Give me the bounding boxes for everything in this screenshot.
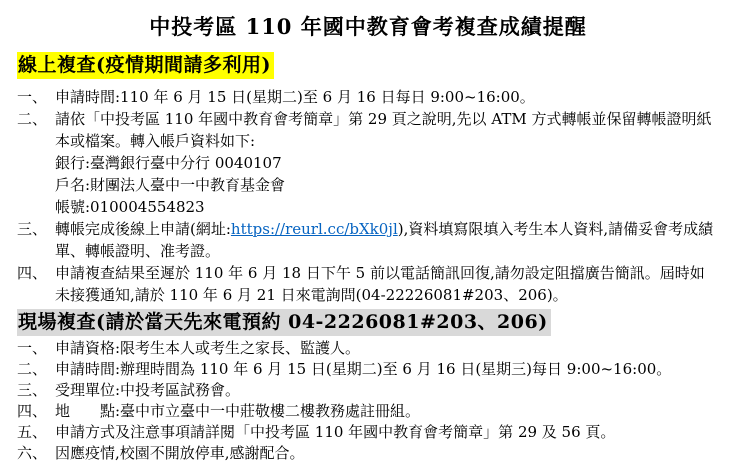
list-item: 四、 地 點:臺中市立臺中一中莊敬樓二樓教務處註冊組。 [17, 401, 719, 422]
online-review-heading: 線上複查(疫情期間請多利用) [17, 52, 274, 79]
online-review-list: 一、 申請時間:110 年 6 月 15 日(星期二)至 6 月 16 日每日 … [17, 86, 719, 306]
account-name-line: 戶名:財團法人臺中一中教育基金會 [55, 174, 719, 196]
page-title: 中投考區 110 年國中教育會考複查成績提醒 [17, 12, 719, 42]
online-section: 線上複查(疫情期間請多利用) [17, 52, 719, 79]
item-number: 一、 [17, 338, 55, 359]
list-item: 一、 申請資格:限考生本人或考生之家長、監護人。 [17, 338, 719, 359]
item-text: 申請資格:限考生本人或考生之家長、監護人。 [55, 338, 719, 359]
list-item: 二、 請依「中投考區 110 年國中教育會考簡章」第 29 頁之說明,先以 AT… [17, 108, 719, 218]
item-number: 五、 [17, 422, 55, 443]
item-number: 三、 [17, 380, 55, 401]
list-item: 六、 因應疫情,校園不開放停車,感謝配合。 [17, 443, 719, 464]
item-number: 四、 [17, 401, 55, 422]
account-number-line: 帳號:010004554823 [55, 196, 719, 218]
onsite-review-list: 一、 申請資格:限考生本人或考生之家長、監護人。 二、 申請時間:辦理時間為 1… [17, 338, 719, 464]
item-text: 地 點:臺中市立臺中一中莊敬樓二樓教務處註冊組。 [55, 401, 719, 422]
item-text: 申請時間:110 年 6 月 15 日(星期二)至 6 月 16 日每日 9:0… [55, 86, 719, 108]
document-page: 中投考區 110 年國中教育會考複查成績提醒 線上複查(疫情期間請多利用) 一、… [0, 0, 731, 469]
item-number: 三、 [17, 218, 55, 240]
bank-details: 銀行:臺灣銀行臺中分行 0040107 戶名:財團法人臺中一中教育基金會 帳號:… [55, 152, 719, 218]
item-text: 申請時間:辦理時間為 110 年 6 月 15 日(星期二)至 6 月 16 日… [55, 359, 719, 380]
list-item: 五、 申請方式及注意事項請詳閱「中投考區 110 年國中教育會考簡章」第 29 … [17, 422, 719, 443]
item-text: 請依「中投考區 110 年國中教育會考簡章」第 29 頁之說明,先以 ATM 方… [55, 108, 719, 218]
item-number: 二、 [17, 359, 55, 380]
item-text: 受理單位:中投考區試務會。 [55, 380, 719, 401]
item-number: 二、 [17, 108, 55, 130]
online-application-link[interactable]: https://reurl.cc/bXk0jl [231, 220, 398, 238]
onsite-review-heading: 現場複查(請於當天先來電預約 04-2226081#203、206) [17, 309, 551, 336]
item-text: 申請方式及注意事項請詳閱「中投考區 110 年國中教育會考簡章」第 29 及 5… [55, 422, 719, 443]
item-text: 轉帳完成後線上申請(網址:https://reurl.cc/bXk0jl),資料… [55, 218, 719, 262]
bank-name-line: 銀行:臺灣銀行臺中分行 0040107 [55, 152, 719, 174]
item-text-main: 請依「中投考區 110 年國中教育會考簡章」第 29 頁之說明,先以 ATM 方… [55, 110, 711, 150]
list-item: 二、 申請時間:辦理時間為 110 年 6 月 15 日(星期二)至 6 月 1… [17, 359, 719, 380]
list-item: 四、 申請複查結果至遲於 110 年 6 月 18 日下午 5 前以電話簡訊回復… [17, 262, 719, 306]
item-number: 四、 [17, 262, 55, 284]
item-text: 申請複查結果至遲於 110 年 6 月 18 日下午 5 前以電話簡訊回復,請勿… [55, 262, 719, 306]
item-number: 一、 [17, 86, 55, 108]
onsite-section: 現場複查(請於當天先來電預約 04-2226081#203、206) [17, 309, 719, 336]
item-number: 六、 [17, 443, 55, 464]
list-item: 三、 轉帳完成後線上申請(網址:https://reurl.cc/bXk0jl)… [17, 218, 719, 262]
list-item: 一、 申請時間:110 年 6 月 15 日(星期二)至 6 月 16 日每日 … [17, 86, 719, 108]
list-item: 三、 受理單位:中投考區試務會。 [17, 380, 719, 401]
item-text-prefix: 轉帳完成後線上申請(網址: [55, 220, 231, 238]
item-text: 因應疫情,校園不開放停車,感謝配合。 [55, 443, 719, 464]
